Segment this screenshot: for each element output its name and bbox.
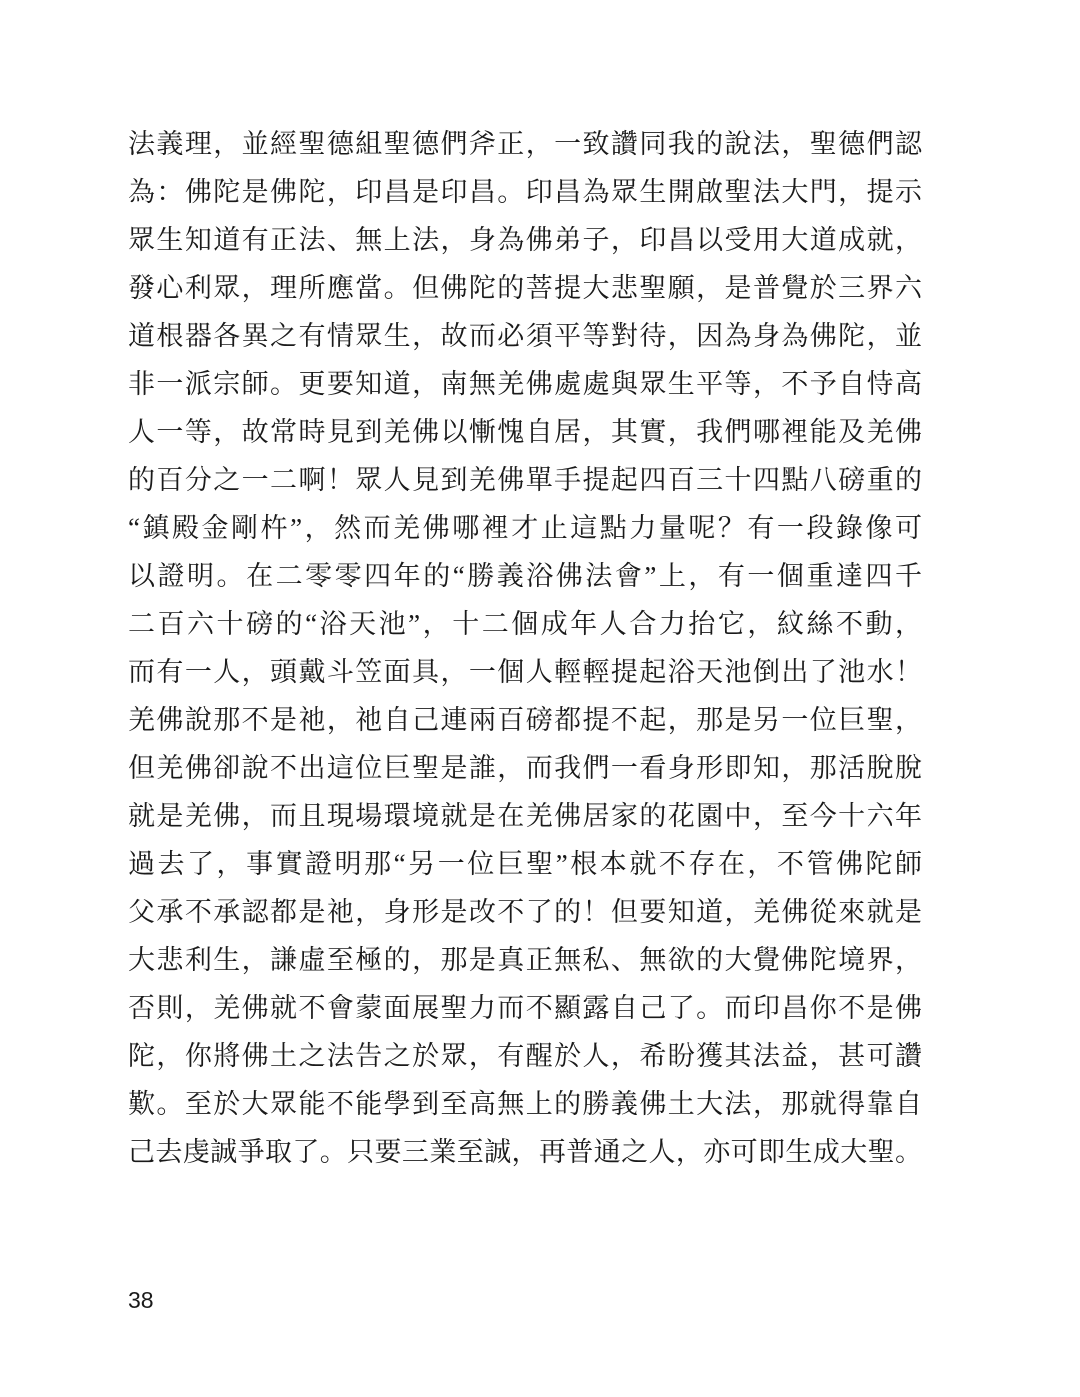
text-line: 為：佛陀是佛陀，印昌是印昌。印昌為眾生開啟聖法大門，提示 (128, 168, 922, 216)
text-line: “鎮殿金剛杵”，然而羌佛哪裡才止這點力量呢？有一段錄像可 (128, 504, 922, 552)
text-line: 道根器各異之有情眾生，故而必須平等對待，因為身為佛陀，並 (128, 312, 922, 360)
text-line: 過去了，事實證明那“另一位巨聖”根本就不存在，不管佛陀師 (128, 840, 922, 888)
text-line: 而有一人，頭戴斗笠面具，一個人輕輕提起浴天池倒出了池水！ (128, 648, 922, 696)
text-line: 大悲利生，謙虛至極的，那是真正無私、無欲的大覺佛陀境界， (128, 936, 922, 984)
body-text-block: 法義理，並經聖德組聖德們斧正，一致讚同我的說法，聖德們認為：佛陀是佛陀，印昌是印… (128, 120, 922, 1176)
text-line: 否則，羌佛就不會蒙面展聖力而不顯露自己了。而印昌你不是佛 (128, 984, 922, 1032)
text-line: 發心利眾，理所應當。但佛陀的菩提大悲聖願，是普覺於三界六 (128, 264, 922, 312)
document-page: 法義理，並經聖德組聖德們斧正，一致讚同我的說法，聖德們認為：佛陀是佛陀，印昌是印… (0, 0, 1080, 1397)
text-line: 法義理，並經聖德組聖德們斧正，一致讚同我的說法，聖德們認 (128, 120, 922, 168)
text-line: 的百分之一二啊！眾人見到羌佛單手提起四百三十四點八磅重的 (128, 456, 922, 504)
text-line: 陀，你將佛土之法告之於眾，有醒於人，希盼獲其法益，甚可讚 (128, 1032, 922, 1080)
text-line: 父承不承認都是祂，身形是改不了的！但要知道，羌佛從來就是 (128, 888, 922, 936)
text-line: 歎。至於大眾能不能學到至高無上的勝義佛土大法，那就得靠自 (128, 1080, 922, 1128)
text-line: 羌佛說那不是祂，祂自己連兩百磅都提不起，那是另一位巨聖， (128, 696, 922, 744)
text-line: 非一派宗師。更要知道，南無羌佛處處與眾生平等，不予自恃高 (128, 360, 922, 408)
text-line: 人一等，故常時見到羌佛以慚愧自居，其實，我們哪裡能及羌佛 (128, 408, 922, 456)
text-line: 二百六十磅的“浴天池”，十二個成年人合力抬它，紋絲不動， (128, 600, 922, 648)
text-line: 但羌佛卻說不出這位巨聖是誰，而我們一看身形即知，那活脫脫 (128, 744, 922, 792)
text-line: 己去虔誠爭取了。只要三業至誠，再普通之人，亦可即生成大聖。 (128, 1128, 922, 1176)
text-line: 就是羌佛，而且現場環境就是在羌佛居家的花園中，至今十六年 (128, 792, 922, 840)
page-number-label: 38 (128, 1287, 154, 1314)
text-line: 眾生知道有正法、無上法，身為佛弟子，印昌以受用大道成就， (128, 216, 922, 264)
text-line: 以證明。在二零零四年的“勝義浴佛法會”上，有一個重達四千 (128, 552, 922, 600)
